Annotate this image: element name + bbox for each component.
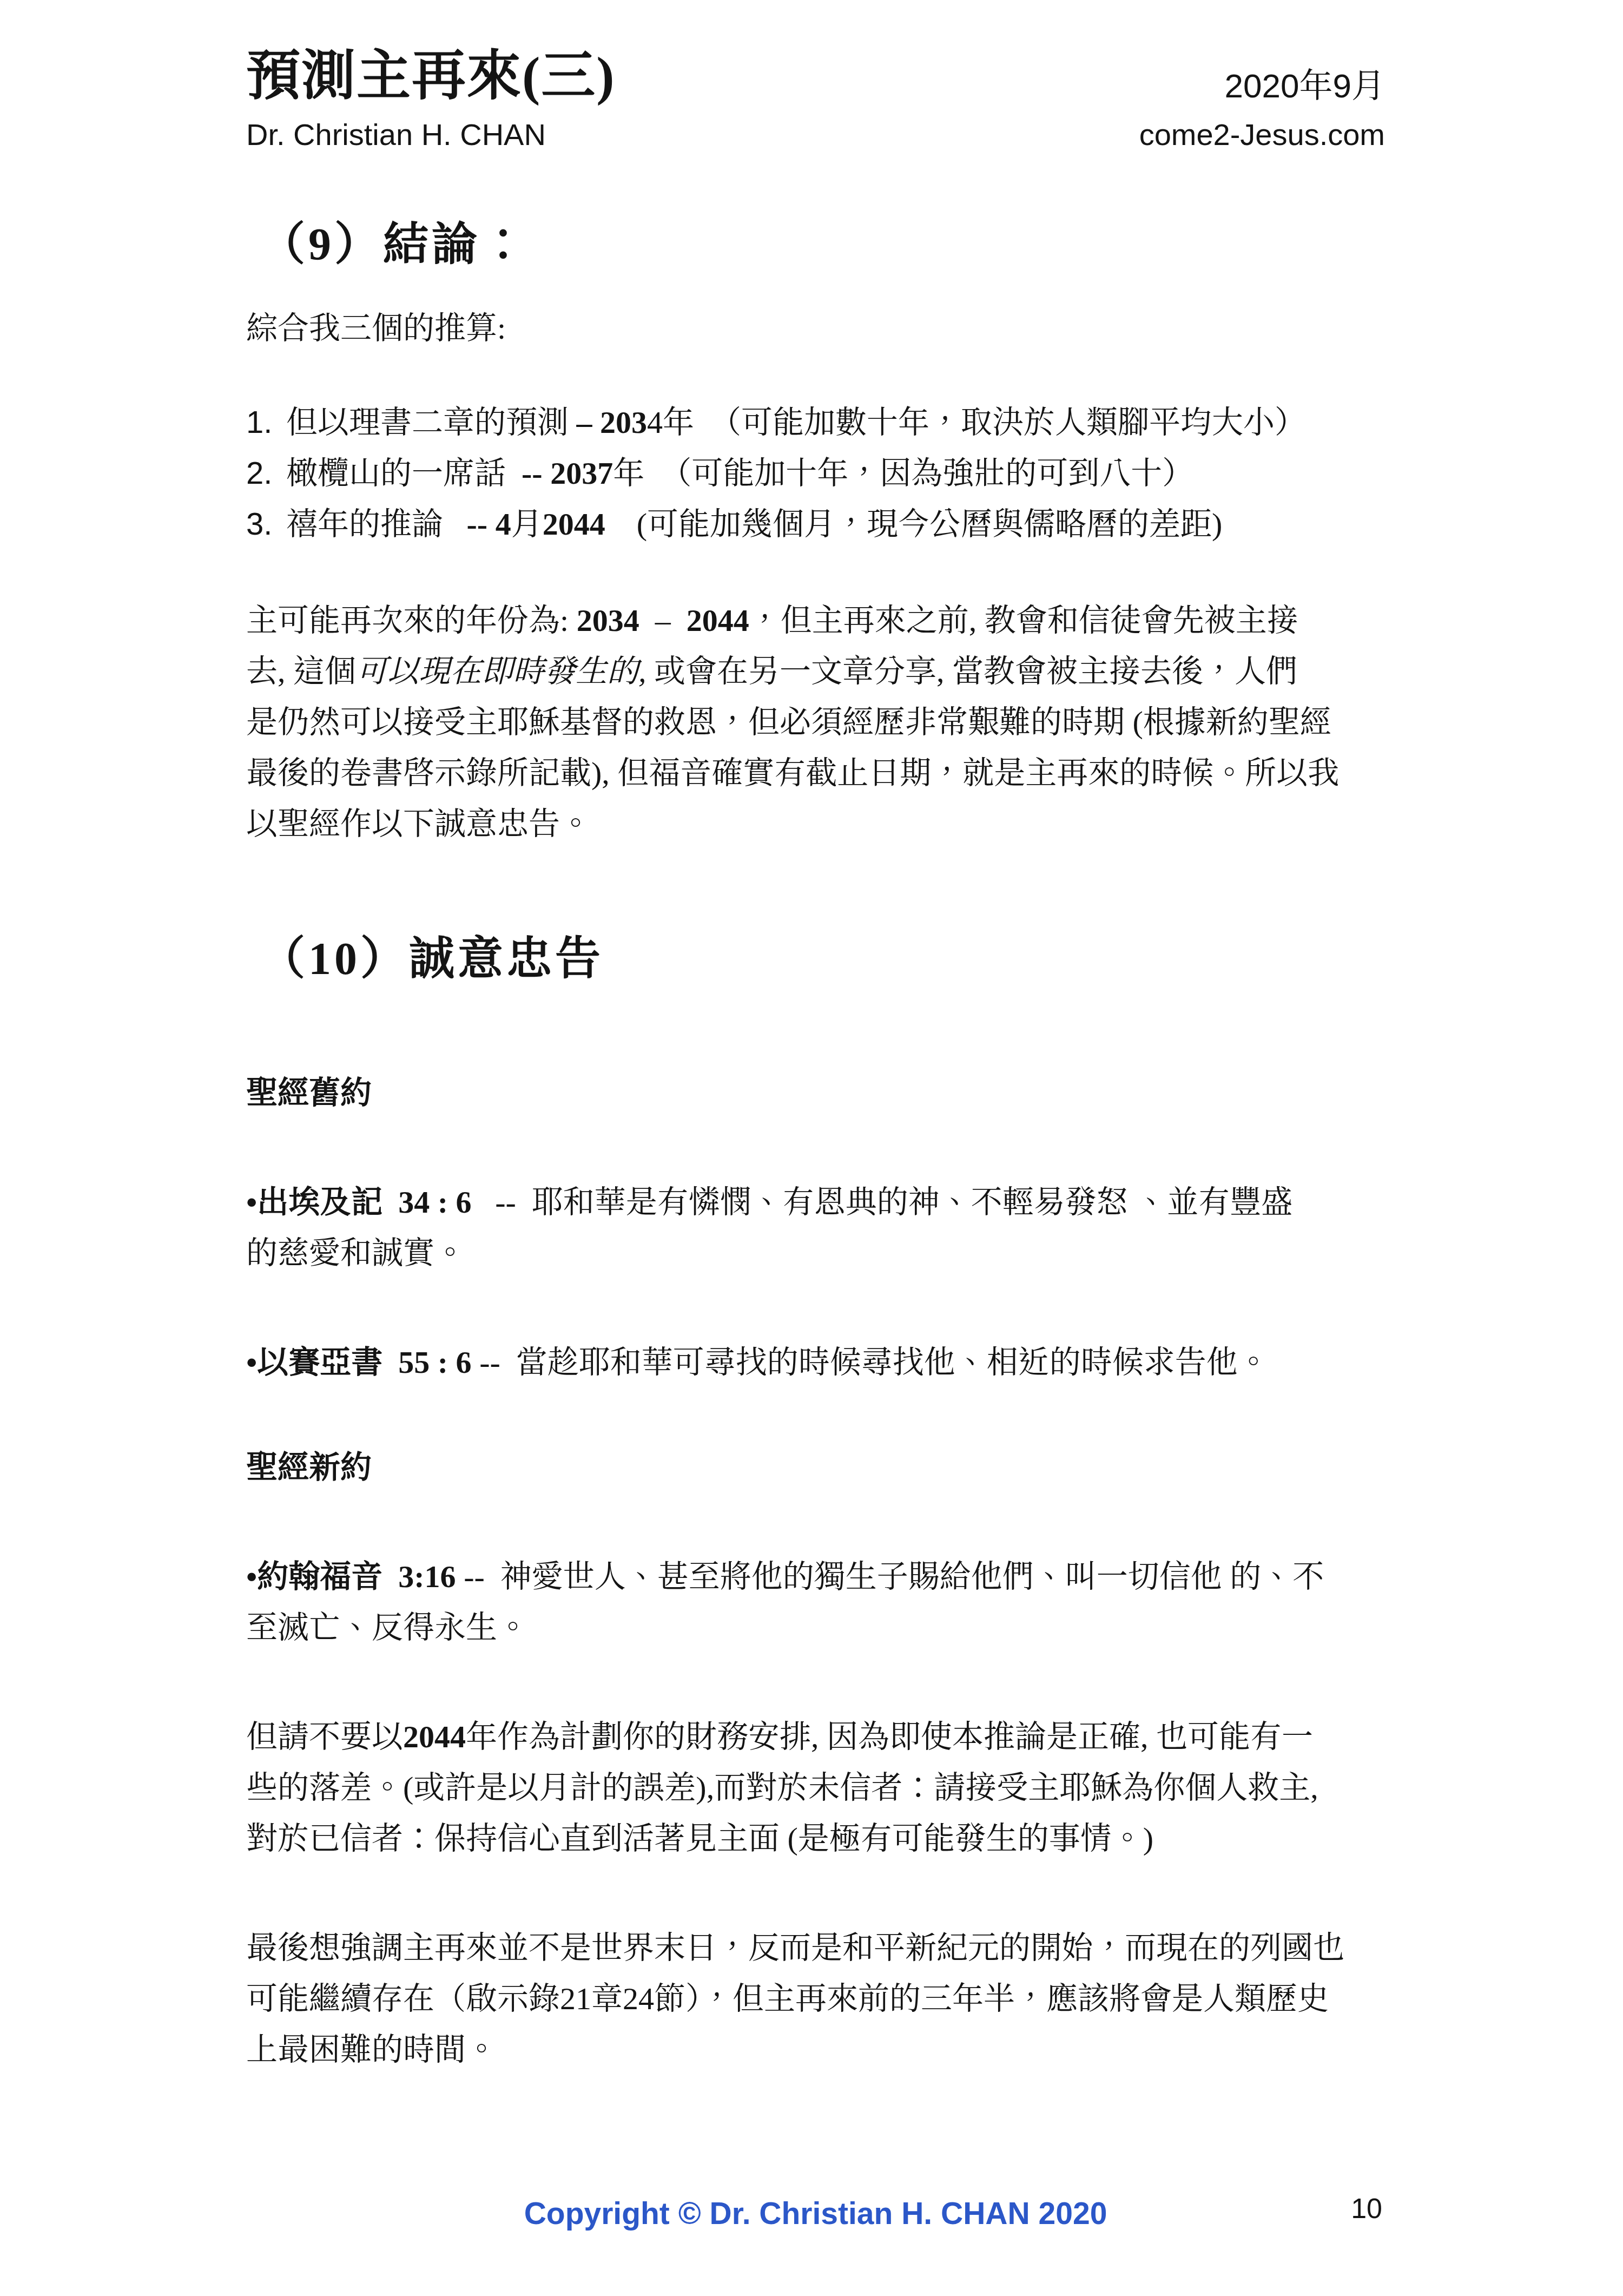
text-run: 主可能再次來的年份為:	[246, 603, 577, 638]
text-run: 的慈愛和誠實。	[246, 1235, 466, 1271]
list-item: 2.橄欖山的一席話 -- 2037年 （可能加十年，因為強壯的可到八十）	[246, 448, 1385, 499]
text-run: 4年 （可能加數十年，取決於人類腳平均大小）	[647, 405, 1306, 440]
intro-paragraph: 綜合我三個的推算:	[246, 303, 1385, 354]
text-line: 可能繼續存在（啟示錄21章24節），但主再來前的三年半，應該將會是人類歷史	[246, 1973, 1385, 2024]
text-line: 以聖經作以下誠意忠告。	[246, 799, 1385, 850]
text-run: (可能加幾個月，現今公曆與儒略曆的差距)	[605, 506, 1223, 542]
subheading-old-testament: 聖經舊約	[246, 1068, 1385, 1119]
verse-exodus: •出埃及記 34 : 6 -- 耶和華是有憐憫、有恩典的神、不輕易發怒 、並有豐…	[246, 1177, 1385, 1279]
text-run: 年 （可能加十年，因為強壯的可到八十）	[613, 456, 1193, 491]
section-10-heading: （10）誠意忠告	[246, 931, 1385, 988]
text-line: •以賽亞書 55 : 6 -- 當趁耶和華可尋找的時候尋找他、相近的時候求告他。	[246, 1337, 1385, 1388]
list-item-text: 但以理書二章的預測 – 2034年 （可能加數十年，取決於人類腳平均大小）	[286, 397, 1385, 448]
text-run: 上最困難的時間。	[246, 2032, 497, 2067]
text-run: 對於已信者：保持信心直到活著見主面 (是極有可能發生的事情。)	[246, 1821, 1153, 1856]
verse-isaiah: •以賽亞書 55 : 6 -- 當趁耶和華可尋找的時候尋找他、相近的時候求告他。	[246, 1337, 1385, 1388]
text-run: 但請不要以	[246, 1719, 403, 1754]
list-item-text: 橄欖山的一席話 -- 2037年 （可能加十年，因為強壯的可到八十）	[286, 448, 1385, 499]
text-line: 主可能再次來的年份為: 2034 – 2044，但主再來之前, 教會和信徒會先被…	[246, 595, 1385, 646]
text-run: •出埃及記 34 : 6	[246, 1185, 472, 1220]
doc-website: come2-Jesus.com	[1139, 116, 1385, 153]
doc-date: 2020年9月	[1225, 67, 1385, 107]
list-marker: 2.	[246, 448, 286, 499]
text-run: 至滅亡、反得永生。	[246, 1610, 529, 1645]
list-item-text: 禧年的推論 -- 4月2044 (可能加幾個月，現今公曆與儒略曆的差距)	[286, 499, 1385, 550]
text-line: 對於已信者：保持信心直到活著見主面 (是極有可能發生的事情。)	[246, 1813, 1385, 1864]
text-run: 最後的卷書啓示錄所記載), 但福音確實有截止日期，就是主再來的時候。所以我	[246, 755, 1339, 791]
text-run: 2044	[687, 603, 749, 638]
text-line: 上最困難的時間。	[246, 2024, 1385, 2075]
list-marker: 1.	[246, 397, 286, 448]
text-run: 以聖經作以下誠意忠告。	[246, 806, 591, 841]
text-run: 去, 這個	[246, 654, 356, 689]
page-number: 10	[1351, 2193, 1382, 2225]
list-marker: 3.	[246, 499, 286, 550]
text-run: -- 神愛世人、甚至將他的獨生子賜給他們、叫一切信他 的、不	[456, 1559, 1324, 1594]
text-run: 是仍然可以接受主耶穌基督的救恩，但必須經歷非常艱難的時期 (根據新約聖經	[246, 705, 1331, 740]
list-item: 3.禧年的推論 -- 4月2044 (可能加幾個月，現今公曆與儒略曆的差距)	[246, 499, 1385, 550]
header: 預測主再來(三) 2020年9月	[246, 46, 1385, 107]
text-run: -- 2037	[522, 456, 613, 491]
text-run: 橄欖山的一席話	[286, 456, 522, 491]
text-run: 2044	[403, 1719, 466, 1754]
text-run: ，但主再來之前, 教會和信徒會先被主接	[749, 603, 1298, 638]
text-run: 禧年的推論	[286, 506, 467, 542]
text-run: 2044	[543, 506, 605, 542]
doc-author: Dr. Christian H. CHAN	[246, 116, 546, 153]
text-run: •約翰福音 3:16	[246, 1559, 456, 1594]
footer: Copyright © Dr. Christian H. CHAN 2020	[246, 2196, 1385, 2232]
text-run: -- 當趁耶和華可尋找的時候尋找他、相近的時候求告他。	[472, 1345, 1269, 1380]
summary-paragraph: 主可能再次來的年份為: 2034 – 2044，但主再來之前, 教會和信徒會先被…	[246, 595, 1385, 850]
closing-paragraph: 最後想強調主再來並不是世界末日，反而是和平新紀元的開始，而現在的列國也可能繼續存…	[246, 1923, 1385, 2075]
text-line: 是仍然可以接受主耶穌基督的救恩，但必須經歷非常艱難的時期 (根據新約聖經	[246, 697, 1385, 748]
text-run: 月	[511, 506, 543, 542]
text-line: 至滅亡、反得永生。	[246, 1602, 1385, 1653]
text-run: •以賽亞書 55 : 6	[246, 1345, 472, 1380]
document-page: 預測主再來(三) 2020年9月 Dr. Christian H. CHAN c…	[0, 0, 1623, 2296]
text-line: 綜合我三個的推算:	[246, 303, 1385, 354]
text-run: -- 耶和華是有憐憫、有恩典的神、不輕易發怒 、並有豐盛	[472, 1185, 1293, 1220]
text-run: 可以現在即時發生的,	[356, 654, 646, 689]
subheading-new-testament: 聖經新約	[246, 1442, 1385, 1493]
text-line: •出埃及記 34 : 6 -- 耶和華是有憐憫、有恩典的神、不輕易發怒 、並有豐…	[246, 1177, 1385, 1228]
text-line: 最後想強調主再來並不是世界末日，反而是和平新紀元的開始，而現在的列國也	[246, 1923, 1385, 1973]
text-run: – 203	[577, 405, 648, 440]
text-run: 年作為計劃你的財務安排, 因為即使本推論是正確, 也可能有一	[466, 1719, 1313, 1754]
text-run: 些的落差。(或許是以月計的誤差),而對於未信者：請接受主耶穌為你個人救主,	[246, 1770, 1318, 1805]
verse-john: •約翰福音 3:16 -- 神愛世人、甚至將他的獨生子賜給他們、叫一切信他 的、…	[246, 1551, 1385, 1653]
text-line: 但請不要以2044年作為計劃你的財務安排, 因為即使本推論是正確, 也可能有一	[246, 1712, 1385, 1762]
header-line2: Dr. Christian H. CHAN come2-Jesus.com	[246, 116, 1385, 153]
text-run: 2034	[577, 603, 639, 638]
text-run: 最後想強調主再來並不是世界末日，反而是和平新紀元的開始，而現在的列國也	[246, 1930, 1344, 1965]
copyright-text: Copyright © Dr. Christian H. CHAN 2020	[524, 2196, 1107, 2232]
text-run: –	[639, 603, 687, 638]
list-item: 1.但以理書二章的預測 – 2034年 （可能加數十年，取決於人類腳平均大小）	[246, 397, 1385, 448]
text-run: 但以理書二章的預測	[286, 405, 577, 440]
text-line: 的慈愛和誠實。	[246, 1228, 1385, 1279]
text-line: 最後的卷書啓示錄所記載), 但福音確實有截止日期，就是主再來的時候。所以我	[246, 748, 1385, 799]
section-9-heading: （9）結論：	[246, 216, 1385, 273]
text-line: •約翰福音 3:16 -- 神愛世人、甚至將他的獨生子賜給他們、叫一切信他 的、…	[246, 1551, 1385, 1602]
advice-paragraph: 但請不要以2044年作為計劃你的財務安排, 因為即使本推論是正確, 也可能有一些…	[246, 1712, 1385, 1864]
text-line: 些的落差。(或許是以月計的誤差),而對於未信者：請接受主耶穌為你個人救主,	[246, 1762, 1385, 1813]
text-run: 可能繼續存在（啟示錄21章24節），但主再來前的三年半，應該將會是人類歷史	[246, 1981, 1329, 2016]
text-run: -- 4	[467, 506, 511, 542]
text-line: 去, 這個可以現在即時發生的, 或會在另一文章分享, 當教會被主接去後，人們	[246, 646, 1385, 697]
document-title: 預測主再來(三)	[246, 46, 616, 107]
text-run: 或會在另一文章分享, 當教會被主接去後，人們	[646, 654, 1298, 689]
conclusion-list: 1.但以理書二章的預測 – 2034年 （可能加數十年，取決於人類腳平均大小）2…	[246, 397, 1385, 550]
